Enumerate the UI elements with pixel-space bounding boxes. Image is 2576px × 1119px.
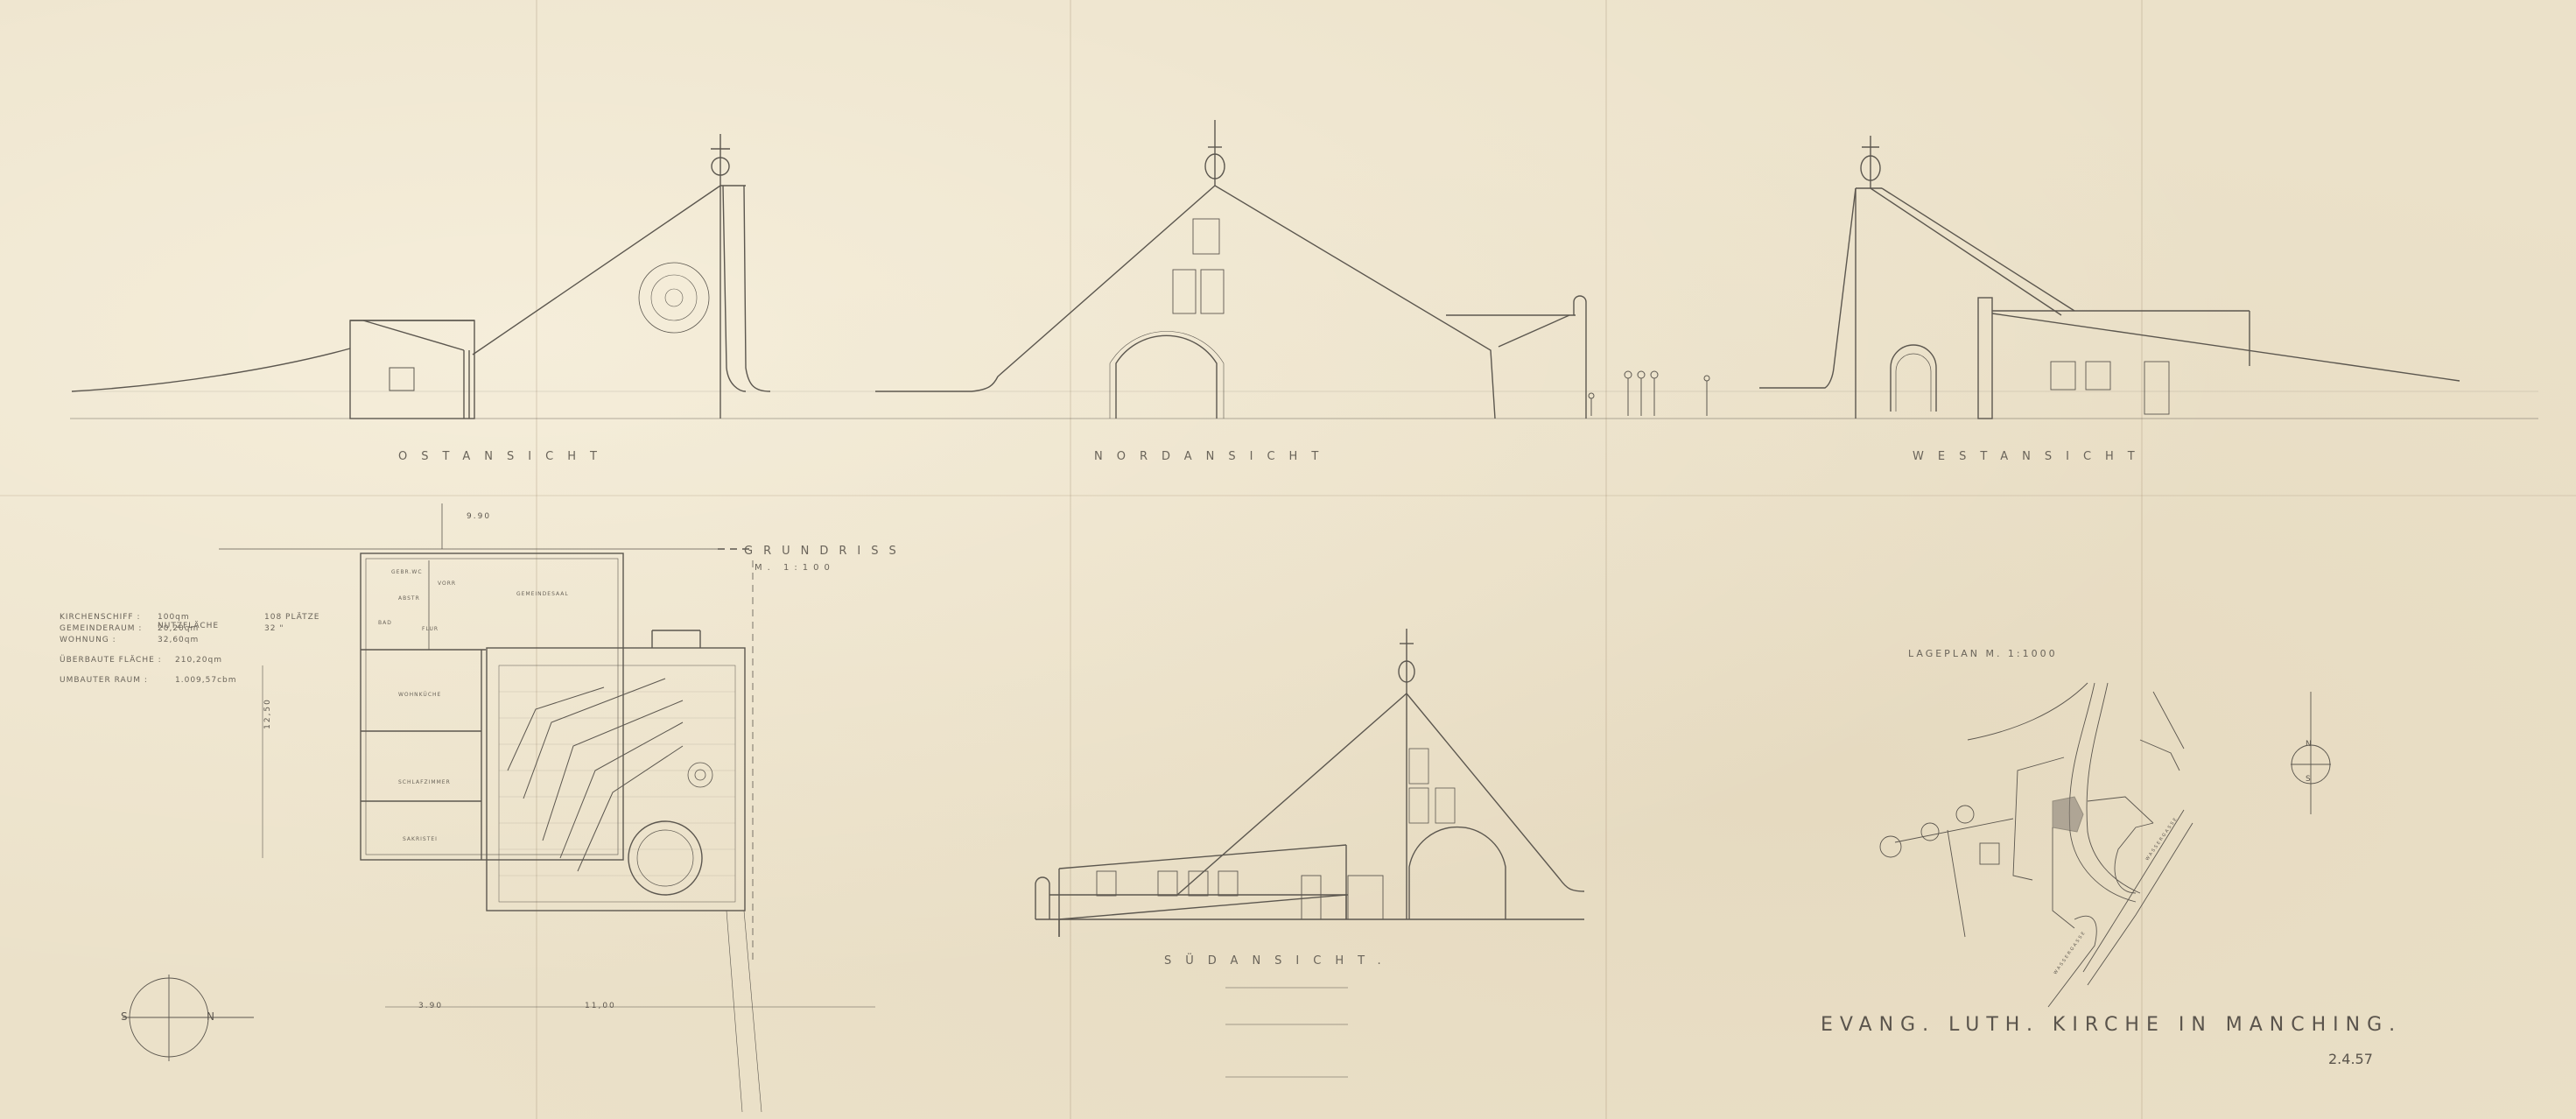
stat-row: GEMEINDERAUM : 20,20qm 32 " — [60, 624, 320, 636]
east-elevation-label: OSTANSICHT — [398, 450, 611, 463]
room-label: SAKRISTEI — [403, 836, 438, 842]
compass-south-label: S — [121, 1010, 130, 1023]
drawing-title: EVANG. LUTH. KIRCHE IN MANCHING. — [1821, 1014, 2402, 1036]
floor-plan-label: GRUNDRISS — [744, 545, 907, 558]
south-elevation-label: SÜDANSICHT. — [1164, 954, 1395, 968]
east-elevation — [72, 134, 770, 419]
room-label: FLUR — [422, 626, 439, 632]
stat-row: WOHNUNG : 32,60qm — [60, 636, 320, 647]
site-plan — [1880, 683, 2193, 1007]
room-label: BAD — [378, 620, 392, 626]
dimension-bottom-main: 11,00 — [585, 1002, 616, 1010]
west-elevation-label: WESTANSICHT — [1913, 450, 2149, 463]
scale-bars — [1225, 988, 1348, 1077]
architectural-drawing — [0, 0, 2576, 1119]
site-south-label: S — [2306, 775, 2313, 784]
site-north-label: N — [2306, 740, 2313, 749]
dimension-bottom-left: 3.90 — [418, 1002, 443, 1010]
room-label: WOHNKÜCHE — [398, 692, 441, 698]
dimension-side: 12,50 — [263, 698, 272, 729]
dimension-top: 9.90 — [467, 512, 491, 521]
compass-north-label: N — [207, 1010, 216, 1023]
north-elevation — [875, 120, 1586, 419]
west-elevation — [1759, 136, 2460, 419]
north-arrow-icon — [2291, 692, 2331, 814]
human-figures — [1589, 371, 1709, 416]
north-elevation-label: NORDANSICHT — [1094, 450, 1332, 463]
stat-row: KIRCHENSCHIFF : 100qm NUTZFLÄCHE 108 PLÄ… — [60, 613, 320, 624]
room-label: GEBR.WC — [391, 569, 423, 575]
stat-row: UMBAUTER RAUM : 1.009,57cbm — [60, 676, 320, 687]
site-plan-label: LAGEPLAN M. 1:1000 — [1908, 648, 2058, 659]
compass-icon — [123, 975, 254, 1061]
floor-plan-scale: M. 1:100 — [755, 563, 835, 573]
room-label: SCHLAFZIMMER — [398, 779, 451, 785]
room-label: ABSTR — [398, 595, 420, 602]
room-label: GEMEINDESAAL — [516, 591, 569, 597]
drawing-date: 2.4.57 — [2328, 1051, 2373, 1067]
stat-row: ÜBERBAUTE FLÄCHE : 210,20qm — [60, 656, 320, 667]
room-label: VORR — [438, 581, 456, 587]
area-stats: KIRCHENSCHIFF : 100qm NUTZFLÄCHE 108 PLÄ… — [60, 613, 320, 687]
south-elevation — [1035, 629, 1584, 937]
